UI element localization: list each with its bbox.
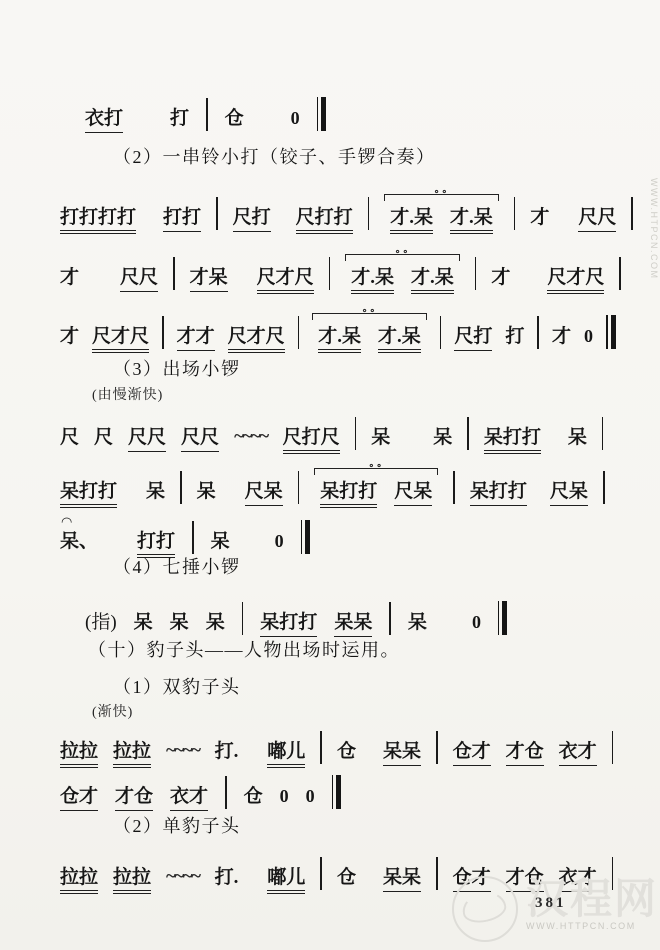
note-token: 尺尺	[128, 427, 166, 452]
section-heading-h2: （2）一串铃小打（铰子、手锣合奏）	[113, 143, 436, 169]
barline	[436, 857, 438, 890]
barline	[180, 471, 182, 504]
note-token: 才	[552, 326, 571, 348]
note-token: 呆	[408, 612, 427, 634]
barline	[320, 857, 322, 890]
repeat-bracket-group: ∘∘才.呆才.呆	[312, 326, 427, 353]
note-token: 呆	[146, 481, 165, 503]
section-heading-h11: （1）双豹子头	[113, 673, 241, 699]
accelerando-wavy-icon: ~~~~	[166, 740, 200, 762]
note-token: 尺打尺	[283, 427, 340, 454]
section-heading-h12: （2）单豹子头	[113, 812, 241, 838]
note-token: 呆打打	[484, 427, 541, 454]
note-token: 尺	[94, 427, 113, 449]
note-token: 尺才尺	[257, 267, 314, 294]
barline	[603, 471, 605, 504]
note-token: 呆打打	[470, 481, 527, 506]
note-token: 才	[530, 207, 549, 229]
note-token: 仓才	[453, 741, 491, 766]
note-token: 才.呆	[411, 267, 454, 294]
note-token: 呆打打	[60, 481, 117, 508]
note-token: 呆打打	[320, 481, 377, 508]
barline	[602, 417, 604, 450]
barline	[242, 602, 244, 635]
note-token: 尺呆	[394, 481, 432, 506]
note-token: 尺尺	[120, 267, 158, 292]
barline	[298, 316, 300, 349]
accelerando-wavy-icon: ~~~~	[166, 866, 200, 888]
note-token: 才	[60, 326, 79, 348]
barline	[619, 257, 621, 290]
score-line-qichui-line: (指)呆呆呆呆打打呆呆呆0	[85, 594, 507, 637]
note-token: 拉拉	[113, 867, 151, 894]
note-token: 才仓	[506, 741, 544, 766]
note-token: 才.呆	[390, 207, 433, 234]
note-token: 拉拉	[113, 741, 151, 768]
barline	[216, 197, 218, 230]
tempo-note-n3: (由慢渐快)	[92, 384, 163, 404]
note-token: 尺才尺	[547, 267, 604, 294]
watermark-logo-icon	[452, 876, 518, 942]
note-token: 尺打	[454, 326, 492, 351]
note-token: 才呆	[190, 267, 228, 292]
rest-token: 0	[306, 786, 315, 807]
barline	[436, 731, 438, 764]
score-line-chuchang-line-2: 呆打打呆呆尺呆∘∘呆打打尺呆呆打打尺呆	[60, 464, 605, 508]
barline	[612, 731, 614, 764]
repeat-mark-icon: ∘∘	[395, 245, 410, 258]
barline	[514, 197, 516, 230]
note-token: 呆打打	[260, 612, 317, 637]
final-barline	[498, 601, 508, 635]
score-line-shuangbaozitou-line-2: 仓才才仓衣才仓00	[60, 768, 341, 811]
note-token: 呆	[170, 612, 189, 634]
note-token: 衣才	[559, 741, 597, 766]
notation-sheet: 衣打打仓0（2）一串铃小打（铰子、手锣合奏）打打打打打打尺打尺打打∘∘才.呆才.…	[0, 0, 660, 950]
barline	[298, 471, 300, 504]
repeat-mark-icon: ∘∘	[434, 185, 449, 198]
barline	[162, 316, 164, 349]
repeat-bracket-group: ∘∘才.呆才.呆	[345, 267, 460, 294]
note-token: 打	[170, 108, 189, 130]
barline	[440, 316, 442, 349]
note-token: 才.呆	[318, 326, 361, 353]
note-token: 呆	[206, 612, 225, 634]
page-number: 381	[535, 895, 567, 912]
note-token: 仓才	[60, 786, 98, 811]
section-heading-h4: （4）七捶小锣	[113, 553, 241, 579]
note-token: 呆呆	[334, 612, 372, 637]
repeat-bracket-group: ∘∘呆打打尺呆	[314, 481, 438, 508]
note-token: 尺呆	[245, 481, 283, 506]
barline	[475, 257, 477, 290]
section-heading-h3: （3）出场小锣	[113, 355, 241, 381]
rest-token: 0	[291, 108, 300, 129]
barline	[173, 257, 175, 290]
note-token: 才.呆	[351, 267, 394, 294]
note-token: 呆	[568, 427, 587, 449]
scanned-book-page: 衣打打仓0（2）一串铃小打（铰子、手锣合奏）打打打打打打尺打尺打打∘∘才.呆才.…	[0, 0, 660, 950]
barline	[225, 776, 227, 809]
score-line-closing-phrase: 衣打打仓0	[85, 90, 326, 133]
note-token: 仓	[337, 741, 356, 763]
tempo-note-n11: (渐快)	[92, 701, 133, 721]
rest-token: 0	[280, 786, 289, 807]
note-token: 打.	[215, 741, 239, 763]
repeat-bracket-group: ∘∘才.呆才.呆	[384, 207, 499, 234]
score-line-yichuanling-line-2: 才尺尺才呆尺才尺∘∘才.呆才.呆才尺才尺	[60, 250, 621, 294]
barline	[329, 257, 331, 290]
barline	[192, 521, 194, 554]
fermata-icon: ◠	[61, 515, 72, 528]
note-token: 才.呆	[450, 207, 493, 234]
note-token: 尺	[60, 427, 79, 449]
note-token: 才才	[177, 326, 215, 351]
repeat-mark-icon: ∘∘	[362, 304, 377, 317]
note-token: 呆	[134, 612, 153, 634]
side-watermark: WWW.HTPCN.COM	[649, 178, 659, 279]
barline	[368, 197, 370, 230]
note-token: 才	[60, 267, 79, 289]
section-heading-h10: （十）豹子头——人物出场时运用。	[88, 636, 400, 662]
note-token: (指)	[85, 612, 117, 634]
note-token: 衣打	[85, 108, 123, 133]
note-token: 尺才尺	[228, 326, 285, 353]
repeat-mark-icon: ∘∘	[369, 459, 384, 472]
final-barline	[317, 97, 327, 131]
note-token: 打打打打	[60, 207, 136, 234]
note-token: 打打	[163, 207, 201, 232]
barline	[355, 417, 357, 450]
score-line-chuchang-line-1: 尺尺尺尺尺尺~~~~尺打尺呆呆呆打打呆	[60, 410, 603, 454]
note-token: 呆	[211, 531, 230, 553]
score-line-yichuanling-line-1: 打打打打打打尺打尺打打∘∘才.呆才.呆才尺尺	[60, 190, 633, 234]
score-line-shuangbaozitou-line-1: 拉拉拉拉~~~~打.嘟儿仓呆呆仓才才仓衣才	[60, 724, 613, 768]
note-token: 嘟儿	[267, 867, 305, 894]
note-token: 呆	[197, 481, 216, 503]
score-line-yichuanling-line-3: 才尺才尺才才尺才尺∘∘才.呆才.呆尺打打才0	[60, 308, 616, 353]
barline	[320, 731, 322, 764]
rest-token: 0	[275, 531, 284, 552]
barline	[453, 471, 455, 504]
note-token: 嘟儿	[267, 741, 305, 768]
note-token: 呆	[371, 427, 390, 449]
rest-token: 0	[584, 326, 593, 347]
note-token: 尺打打	[296, 207, 353, 234]
barline	[389, 602, 391, 635]
note-token: 拉拉	[60, 867, 98, 894]
note-token: 尺才尺	[92, 326, 149, 353]
watermark-url: WWW.HTTPCN.COM	[526, 921, 636, 931]
note-token: 仓	[225, 108, 244, 130]
note-token: 仓	[244, 786, 263, 808]
note-token: 才	[491, 267, 510, 289]
note-token: 尺呆	[550, 481, 588, 506]
note-token: 拉拉	[60, 741, 98, 768]
score-line-chuchang-line-3: ◠呆、打打呆0	[60, 513, 310, 558]
note-token: 尺打	[233, 207, 271, 232]
note-token: ◠呆、	[60, 531, 98, 553]
final-barline	[606, 315, 616, 349]
note-token: 才.呆	[378, 326, 421, 353]
note-token: 仓	[337, 867, 356, 889]
barline	[467, 417, 469, 450]
note-token: 才仓	[115, 786, 153, 811]
rest-token: 0	[472, 612, 481, 633]
note-token: 呆呆	[383, 867, 421, 892]
note-token: 尺尺	[578, 207, 616, 232]
barline	[537, 316, 539, 349]
note-token: 呆呆	[383, 741, 421, 766]
note-token: 衣才	[170, 786, 208, 811]
barline	[206, 98, 208, 131]
barline	[631, 197, 633, 230]
note-token: 打.	[215, 867, 239, 889]
note-token: 尺尺	[181, 427, 219, 452]
note-token: 呆	[433, 427, 452, 449]
final-barline	[332, 775, 342, 809]
note-token: 打	[505, 326, 524, 348]
accelerando-wavy-icon: ~~~~	[234, 426, 268, 448]
final-barline	[301, 520, 311, 554]
